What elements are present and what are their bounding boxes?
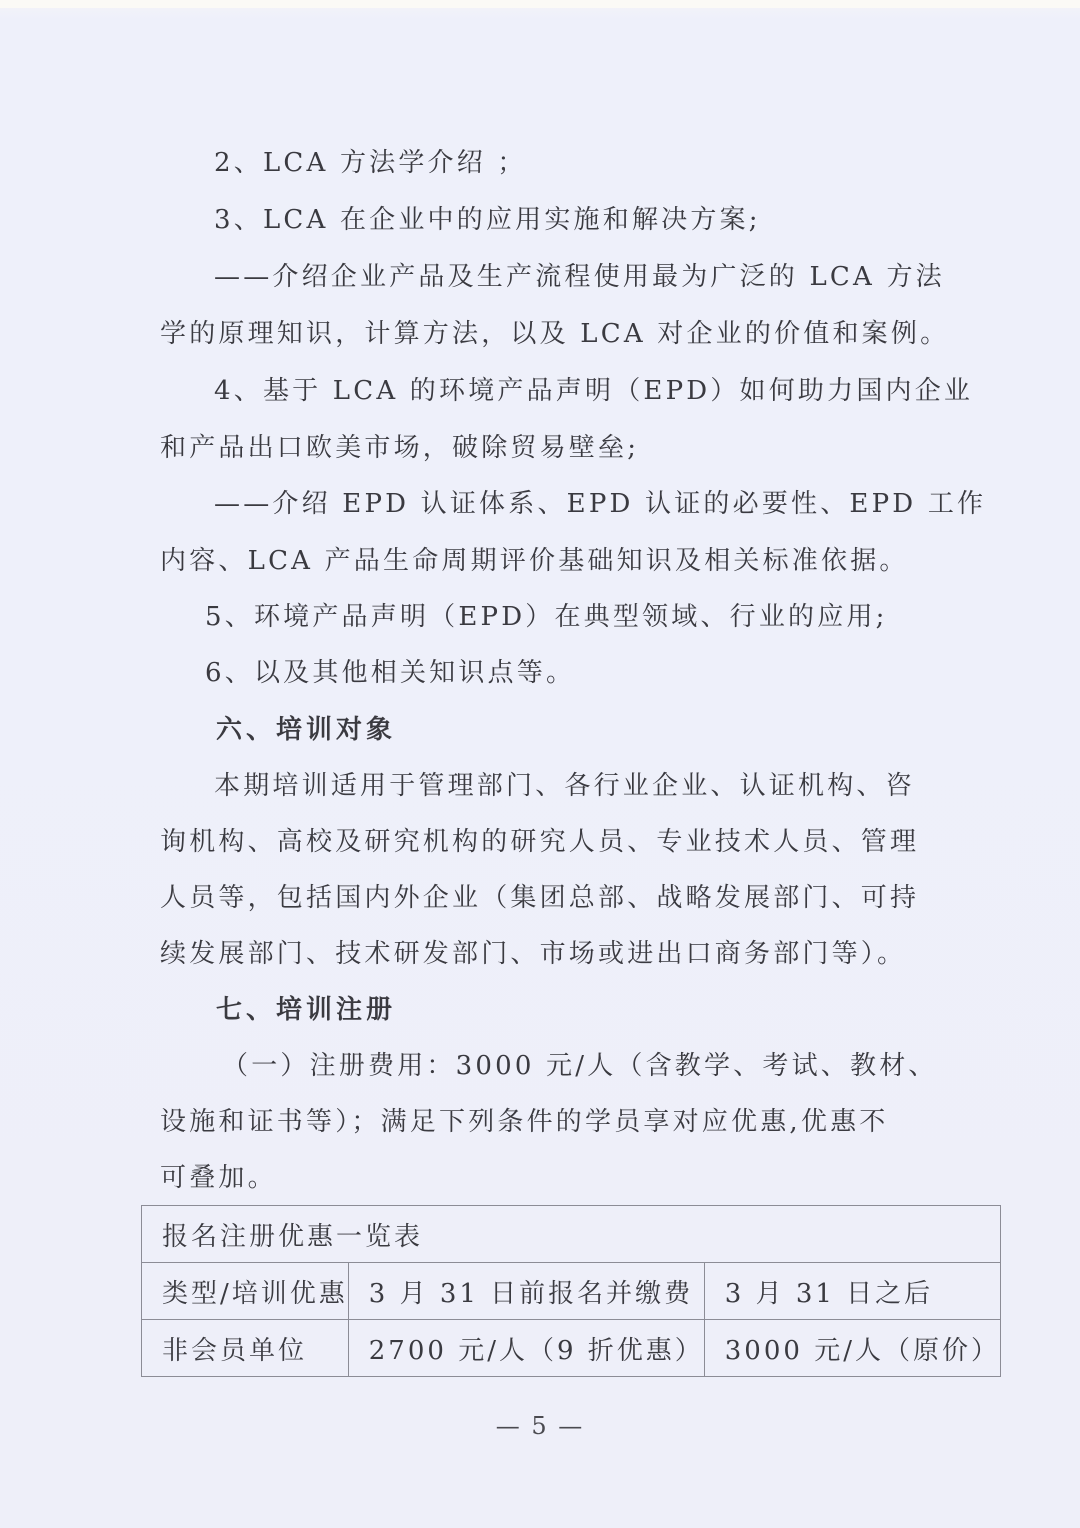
table-header-cell: 类型/培训优惠 [142,1263,349,1320]
section-heading-training-audience: 六、培训对象 [216,710,976,750]
table-cell: 非会员单位 [142,1320,349,1377]
page-number: — 5 — [0,1412,1080,1440]
list-item-4-line2: 和产品出口欧美市场，破除贸易壁垒; [160,428,920,468]
document-page: 2、LCA 方法学介绍 ； 3、LCA 在企业中的应用实施和解决方案; ——介绍… [0,0,1080,1528]
audience-paragraph-line1: 本期培训适用于管理部门、各行业企业、认证机构、咨 [214,766,974,806]
table-header-row: 类型/培训优惠 3 月 31 日前报名并缴费 3 月 31 日之后 [142,1263,1001,1320]
table-title-row: 报名注册优惠一览表 [142,1206,1001,1263]
registration-fee-line2: 设施和证书等）；满足下列条件的学员享对应优惠,优惠不 [160,1102,920,1142]
list-item-3-desc-line1: ——介绍企业产品及生产流程使用最为广泛的 LCA 方法 [214,257,974,297]
table-header-cell: 3 月 31 日之后 [704,1263,1000,1320]
list-item-5: 5、环境产品声明（EPD）在典型领域、行业的应用; [205,597,965,637]
audience-paragraph-line2: 询机构、高校及研究机构的研究人员、专业技术人员、管理 [160,822,920,862]
list-item-2: 2、LCA 方法学介绍 ； [214,143,974,183]
table-header-cell: 3 月 31 日前报名并缴费 [348,1263,704,1320]
fee-discount-table: 报名注册优惠一览表 类型/培训优惠 3 月 31 日前报名并缴费 3 月 31 … [141,1205,1001,1377]
audience-paragraph-line4: 续发展部门、技术研发部门、市场或进出口商务部门等）。 [160,934,920,974]
audience-paragraph-line3: 人员等，包括国内外企业（集团总部、战略发展部门、可持 [160,878,920,918]
list-item-3-desc-line2: 学的原理知识，计算方法，以及 LCA 对企业的价值和案例。 [160,314,920,354]
registration-fee-line3: 可叠加。 [160,1158,920,1198]
list-item-4-desc-line1: ——介绍 EPD 认证体系、EPD 认证的必要性、EPD 工作 [214,484,974,524]
table-row: 非会员单位 2700 元/人（9 折优惠） 3000 元/人（原价） [142,1320,1001,1377]
table-cell: 2700 元/人（9 折优惠） [348,1320,704,1377]
list-item-6: 6、以及其他相关知识点等。 [205,653,965,693]
list-item-4-desc-line2: 内容、LCA 产品生命周期评价基础知识及相关标准依据。 [160,541,920,581]
list-item-3: 3、LCA 在企业中的应用实施和解决方案; [214,200,974,240]
page-top-edge [0,0,1080,8]
table-cell: 3000 元/人（原价） [704,1320,1000,1377]
table-title: 报名注册优惠一览表 [142,1206,1001,1263]
registration-fee-line1: （一）注册费用：3000 元/人（含教学、考试、教材、 [222,1046,982,1086]
list-item-4-line1: 4、基于 LCA 的环境产品声明（EPD）如何助力国内企业 [214,371,974,411]
section-heading-registration: 七、培训注册 [216,990,976,1030]
